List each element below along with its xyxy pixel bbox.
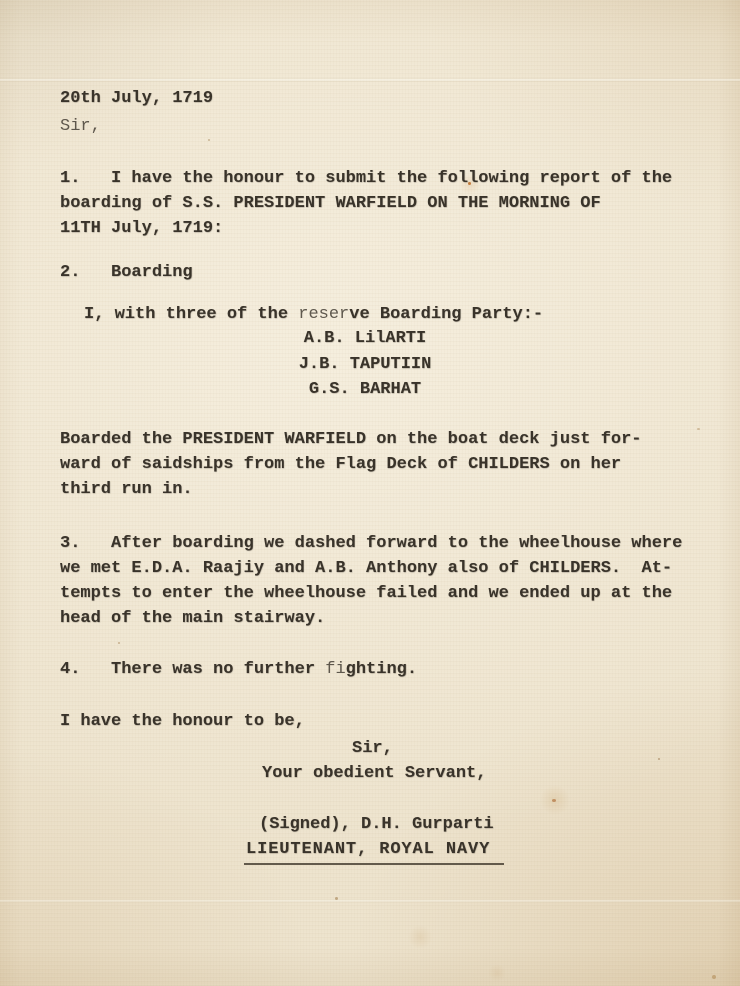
paragraph-2-body-line-3: third run in. bbox=[60, 480, 193, 500]
paragraph-2-heading: 2. Boarding bbox=[60, 263, 193, 283]
paper-fold-crease-top bbox=[0, 78, 740, 82]
signature-line: (Signed), D.H. Gurparti bbox=[259, 815, 494, 835]
text-segment: ve Boarding Party:- bbox=[349, 305, 543, 324]
paragraph-3-line-4: head of the main stairway. bbox=[60, 609, 325, 629]
text-segment: I, with three of the bbox=[84, 305, 298, 324]
boarding-party-intro: I, with three of the reserve Boarding Pa… bbox=[84, 305, 543, 325]
paragraph-3-line-1: 3. After boarding we dashed forward to t… bbox=[60, 534, 682, 554]
paper-fold-crease-bottom bbox=[0, 899, 740, 903]
boarding-party-member: G.S. BARHAT bbox=[62, 380, 668, 400]
paper-speck bbox=[118, 642, 120, 644]
paragraph-3-line-3: tempts to enter the wheelhouse failed an… bbox=[60, 584, 672, 604]
underlined-rank-text: LIEUTENANT, ROYAL NAVY bbox=[244, 840, 504, 865]
paper-speck bbox=[552, 799, 556, 802]
typewritten-letter-page: 20th July, 1719 Sir, 1. I have the honou… bbox=[0, 0, 740, 986]
text-segment: ghting. bbox=[346, 660, 417, 679]
paper-speck bbox=[658, 758, 660, 760]
light-struck-text-segment: fi bbox=[325, 660, 345, 679]
paper-speck bbox=[208, 139, 210, 141]
paragraph-1-line-3: 11TH July, 1719: bbox=[60, 219, 223, 239]
paragraph-1-line-1: 1. I have the honour to submit the follo… bbox=[60, 169, 672, 189]
boarding-party-member: J.B. TAPUTIIN bbox=[62, 355, 668, 375]
paragraph-4: 4. There was no further fighting. bbox=[60, 660, 417, 680]
paragraph-1-line-2: boarding of S.S. PRESIDENT WARFIELD ON T… bbox=[60, 194, 601, 214]
boarding-party-member: A.B. LilARTI bbox=[62, 329, 668, 349]
salutation: Sir, bbox=[60, 117, 101, 137]
paper-speck bbox=[712, 975, 716, 979]
paragraph-2-body-line-1: Boarded the PRESIDENT WARFIELD on the bo… bbox=[60, 430, 642, 450]
closing-servant: Your obedient Servant, bbox=[262, 764, 486, 784]
closing-sir: Sir, bbox=[352, 739, 393, 759]
paragraph-3-line-2: we met E.D.A. Raajiy and A.B. Anthony al… bbox=[60, 559, 672, 579]
paragraph-2-body-line-2: ward of saidships from the Flag Deck of … bbox=[60, 455, 621, 475]
light-struck-text-segment: reser bbox=[298, 305, 349, 324]
paper-speck bbox=[335, 897, 338, 900]
paper-speck bbox=[697, 428, 700, 430]
rank-line: LIEUTENANT, ROYAL NAVY bbox=[246, 840, 504, 865]
text-segment: 4. There was no further bbox=[60, 660, 325, 679]
date-line: 20th July, 1719 bbox=[60, 89, 213, 109]
closing-honour-line: I have the honour to be, bbox=[60, 712, 305, 732]
